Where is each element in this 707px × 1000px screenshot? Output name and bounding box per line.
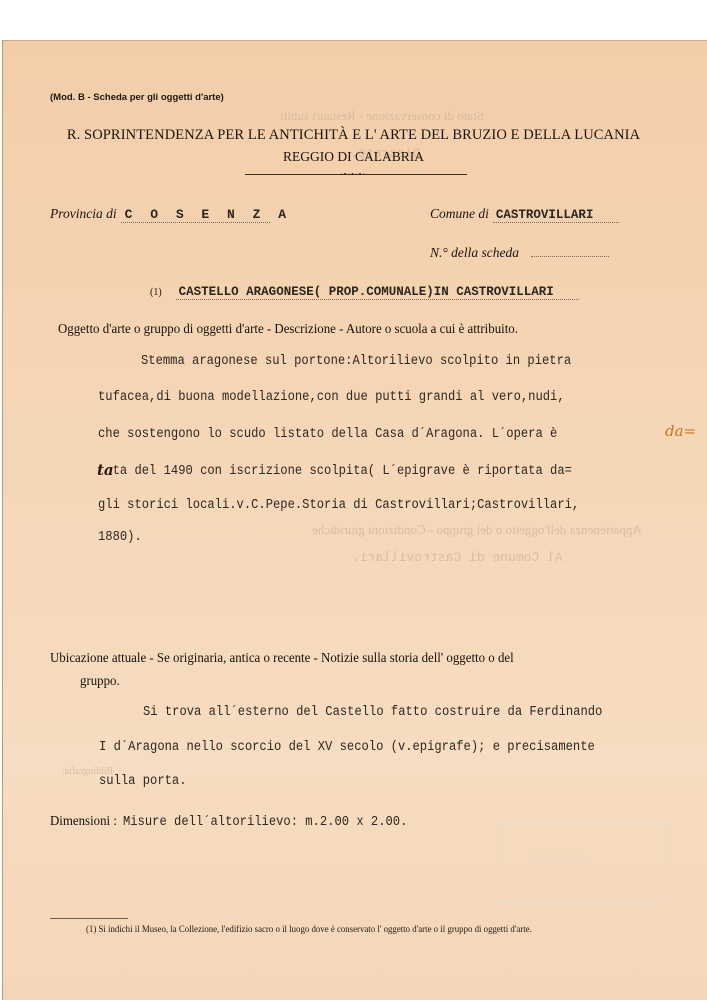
description-line: che sostengono lo scudo listato della Ca… bbox=[98, 427, 557, 442]
show-through-text: Appartenenza dell'oggetto o del gruppo -… bbox=[312, 522, 642, 538]
handwritten-annotation: da= bbox=[665, 422, 696, 440]
provincia-field: Provincia di C O S E N Z A bbox=[50, 205, 270, 223]
institution-city: REGGIO DI CALABRIA bbox=[0, 149, 707, 165]
scheda-label: N.° della scheda bbox=[430, 245, 519, 260]
description-line: tufacea,di buona modellazione,con due pu… bbox=[98, 390, 565, 405]
provincia-label: Provincia di bbox=[50, 206, 117, 221]
description-line: tata del 1490 con iscrizione scolpita( L… bbox=[98, 464, 572, 479]
description-line: Stemma aragonese sul portone:Altorilievo… bbox=[141, 354, 571, 369]
footnote-divider bbox=[50, 918, 128, 919]
comune-field: Comune di CASTROVILLARI bbox=[430, 205, 619, 223]
institution-title: R. SOPRINTENDENZA PER LE ANTICHITÀ E L' … bbox=[0, 127, 707, 144]
show-through-text: Al Comune di Castrovillari. bbox=[352, 550, 563, 565]
scheda-number-field: N.° della scheda bbox=[430, 242, 609, 262]
dimensions-value: Misure dell´altorilievo: m.2.00 x 2.00. bbox=[123, 815, 407, 830]
comune-label: Comune di bbox=[430, 206, 489, 221]
header-ornament: ·•·•·•· bbox=[340, 170, 366, 179]
object-field: (1) CASTELLO ARAGONESE( PROP.COMUNALE)IN… bbox=[150, 282, 579, 300]
object-value: CASTELLO ARAGONESE( PROP.COMUNALE)IN CAS… bbox=[176, 285, 579, 300]
footnote-marker: (1) bbox=[150, 287, 162, 298]
show-through-text: Stato di conservazione - Restauri subiti bbox=[280, 108, 484, 124]
description-heading: Oggetto d'arte o gruppo di oggetti d'art… bbox=[58, 322, 518, 338]
footnote-text: (1) Si indichi il Museo, la Collezione, … bbox=[86, 924, 532, 934]
provincia-value: C O S E N Z A bbox=[121, 207, 270, 223]
form-model-label: (Mod. B - Scheda per gli oggetti d'arte) bbox=[50, 92, 224, 103]
location-heading: Ubicazione attuale - Se originaria, anti… bbox=[50, 651, 514, 667]
faint-stamp-text: OSTRO bbox=[532, 852, 590, 866]
dimensions-label: Dimensioni : bbox=[50, 814, 117, 830]
description-line-text: ta del 1490 con iscrizione scolpita( L´e… bbox=[113, 464, 572, 479]
description-line: gli storici locali.v.C.Pepe.Storia di Ca… bbox=[98, 498, 579, 513]
location-heading-cont: gruppo. bbox=[80, 674, 120, 690]
location-line: Si trova all´esterno del Castello fatto … bbox=[143, 705, 602, 720]
comune-value: CASTROVILLARI bbox=[493, 208, 619, 223]
scheda-value bbox=[531, 242, 609, 257]
dimensions-field: Dimensioni : Misure dell´altorilievo: m.… bbox=[50, 812, 439, 830]
location-line: sulla porta. bbox=[99, 774, 186, 789]
description-line: 1880). bbox=[98, 530, 142, 545]
location-line: I d´Aragona nello scorcio del XV secolo … bbox=[99, 740, 595, 755]
